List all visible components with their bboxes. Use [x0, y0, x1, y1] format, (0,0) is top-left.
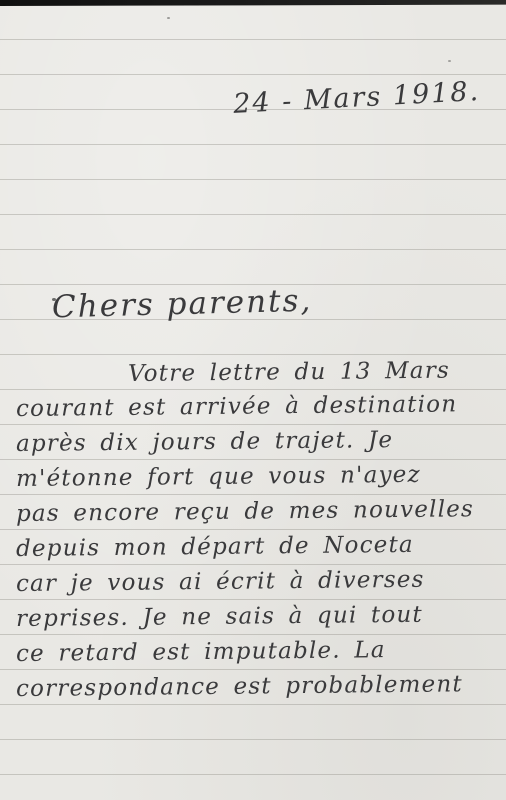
- ink-speck: [167, 17, 170, 19]
- handwritten-line: pas encore reçu de mes nouvelles: [16, 492, 474, 532]
- ink-speck: [448, 60, 451, 62]
- handwritten-line: m'étonne fort que vous n'ayez: [16, 458, 421, 497]
- letter-salutation: Chers parents,: [52, 283, 313, 326]
- handwritten-line: courant est arrivée à destination: [16, 387, 458, 427]
- letter-page: 24 - Mars 1918. Chers parents, Votre let…: [0, 0, 506, 800]
- ink-speck: [52, 298, 56, 301]
- handwritten-line: ce retard est imputable. La: [16, 633, 386, 672]
- handwritten-line: Votre lettre du 13 Mars: [128, 354, 450, 392]
- handwritten-line: depuis mon départ de Noceta: [16, 528, 414, 567]
- handwritten-line: reprises. Je ne sais à qui tout: [16, 598, 423, 637]
- handwritten-line: après dix jours de trajet. Je: [16, 423, 394, 462]
- handwritten-line: car je vous ai écrit à diverses: [16, 563, 425, 602]
- letter-date: 24 - Mars 1918.: [232, 76, 480, 120]
- handwritten-line: correspondance est probablement: [16, 667, 463, 707]
- scan-edge-band: [0, 0, 506, 6]
